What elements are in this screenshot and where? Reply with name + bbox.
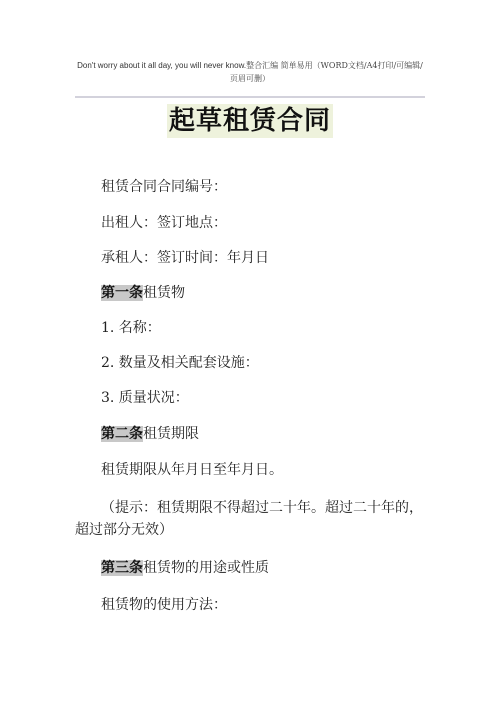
page-header: Don't worry about it all day, you will n… xyxy=(75,59,425,85)
term-line: 租赁期限从年月日至年月日。 xyxy=(101,460,283,480)
article-3-heading: 第三条租赁物的用途或性质 xyxy=(101,558,269,578)
article-2-number: 第二条 xyxy=(101,426,143,442)
item-3-line: 3. 质量状况： xyxy=(101,388,189,408)
title-container: 起草租赁合同 xyxy=(0,104,500,138)
document-title: 起草租赁合同 xyxy=(167,104,333,138)
item-2-line: 2. 数量及相关配套设施： xyxy=(101,353,259,373)
term-note-paragraph: （提示：租赁期限不得超过二十年。超过二十年的，超过部分无效） xyxy=(75,497,427,541)
lessee-line: 承租人：签订时间：年月日 xyxy=(101,248,269,268)
article-1-number: 第一条 xyxy=(101,285,143,301)
lessor-line: 出租人：签订地点： xyxy=(101,213,227,233)
article-3-number: 第三条 xyxy=(101,560,143,576)
article-2-heading: 第二条租赁期限 xyxy=(101,424,199,444)
article-1-heading: 第一条租赁物 xyxy=(101,283,185,303)
item-1-line: 1. 名称： xyxy=(101,318,161,338)
header-english-text: Don't worry about it all day, you will n… xyxy=(77,61,246,70)
document-page: Don't worry about it all day, you will n… xyxy=(0,0,500,708)
article-1-title: 租赁物 xyxy=(143,285,185,301)
usage-line: 租赁物的使用方法： xyxy=(101,595,227,615)
contract-number-line: 租赁合同合同编号： xyxy=(101,177,227,197)
header-chinese-text: 整合汇编 简单易用（WORD文档/A4打印/可编辑/页眉可删） xyxy=(230,61,423,83)
article-3-title: 租赁物的用途或性质 xyxy=(143,560,269,576)
header-divider xyxy=(75,96,425,98)
article-2-title: 租赁期限 xyxy=(143,426,199,442)
